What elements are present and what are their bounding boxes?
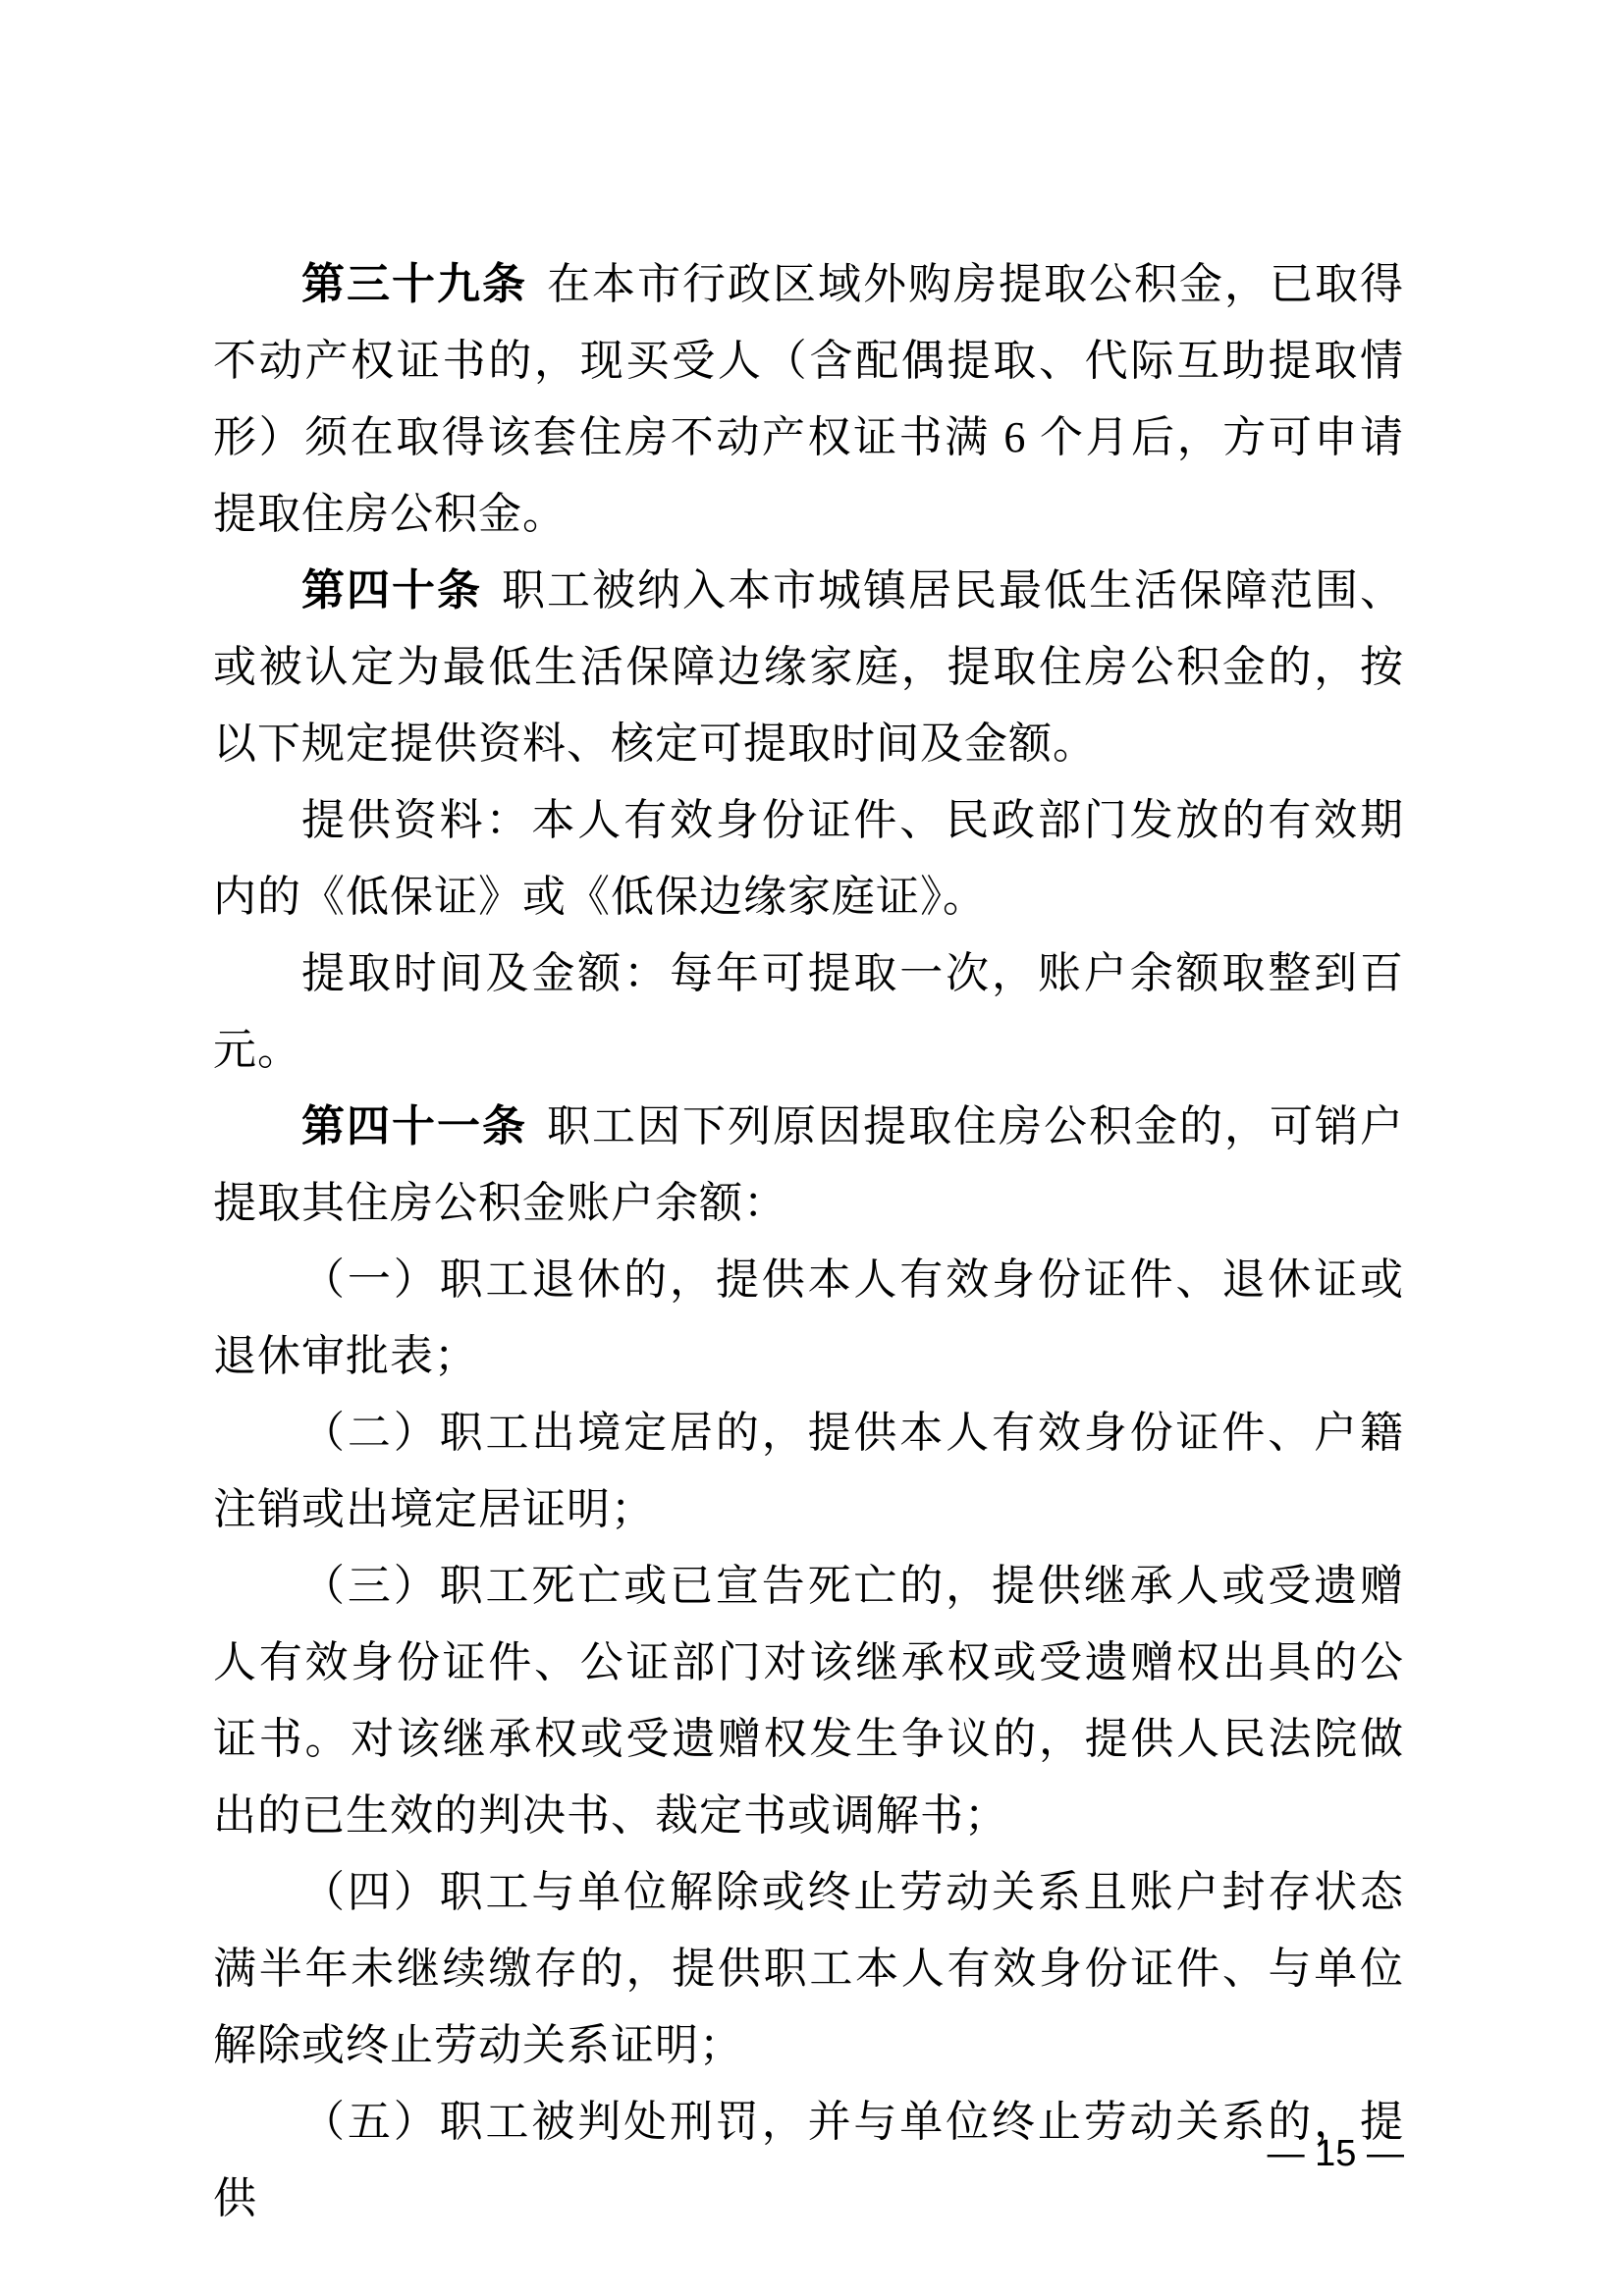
paragraph-item-1: （一）职工退休的，提供本人有效身份证件、退休证或退休审批表； [213, 1242, 1404, 1395]
article-40-term: 第四十条 [301, 566, 482, 614]
materials-text: 提供资料：本人有效身份证件、民政部门发放的有效期内的《低保证》或《低保边缘家庭证… [213, 796, 1404, 921]
body-text: 第三十九条在本市行政区域外购房提取公积金，已取得不动产权证书的，现买受人（含配偶… [213, 246, 1404, 2237]
article-39-term: 第三十九条 [301, 260, 527, 308]
time-amount-text: 提取时间及金额：每年可提取一次，账户余额取整到百元。 [213, 949, 1404, 1074]
paragraph-article-41: 第四十一条职工因下列原因提取住房公积金的，可销户提取其住房公积金账户余额： [213, 1089, 1404, 1242]
paragraph-article-40: 第四十条职工被纳入本市城镇居民最低生活保障范围、或被认定为最低生活保障边缘家庭，… [213, 553, 1404, 782]
page-number: — 15 — [213, 2130, 1404, 2177]
item-4-text: （四）职工与单位解除或终止劳动关系且账户封存状态满半年未继续缴存的，提供职工本人… [213, 1868, 1404, 2069]
paragraph-article-39: 第三十九条在本市行政区域外购房提取公积金，已取得不动产权证书的，现买受人（含配偶… [213, 246, 1404, 553]
item-1-text: （一）职工退休的，提供本人有效身份证件、退休证或退休审批表； [213, 1255, 1404, 1380]
paragraph-item-4: （四）职工与单位解除或终止劳动关系且账户封存状态满半年未继续缴存的，提供职工本人… [213, 1854, 1404, 2084]
paragraph-item-2: （二）职工出境定居的，提供本人有效身份证件、户籍注销或出境定居证明； [213, 1395, 1404, 1548]
item-2-text: （二）职工出境定居的，提供本人有效身份证件、户籍注销或出境定居证明； [213, 1409, 1404, 1533]
document-page: 第三十九条在本市行政区域外购房提取公积金，已取得不动产权证书的，现买受人（含配偶… [0, 0, 1624, 2296]
paragraph-materials: 提供资料：本人有效身份证件、民政部门发放的有效期内的《低保证》或《低保边缘家庭证… [213, 782, 1404, 935]
paragraph-item-3: （三）职工死亡或已宣告死亡的，提供继承人或受遗赠人有效身份证件、公证部门对该继承… [213, 1548, 1404, 1854]
paragraph-time-amount: 提取时间及金额：每年可提取一次，账户余额取整到百元。 [213, 935, 1404, 1089]
item-3-text: （三）职工死亡或已宣告死亡的，提供继承人或受遗赠人有效身份证件、公证部门对该继承… [213, 1562, 1404, 1840]
article-41-term: 第四十一条 [301, 1102, 527, 1150]
